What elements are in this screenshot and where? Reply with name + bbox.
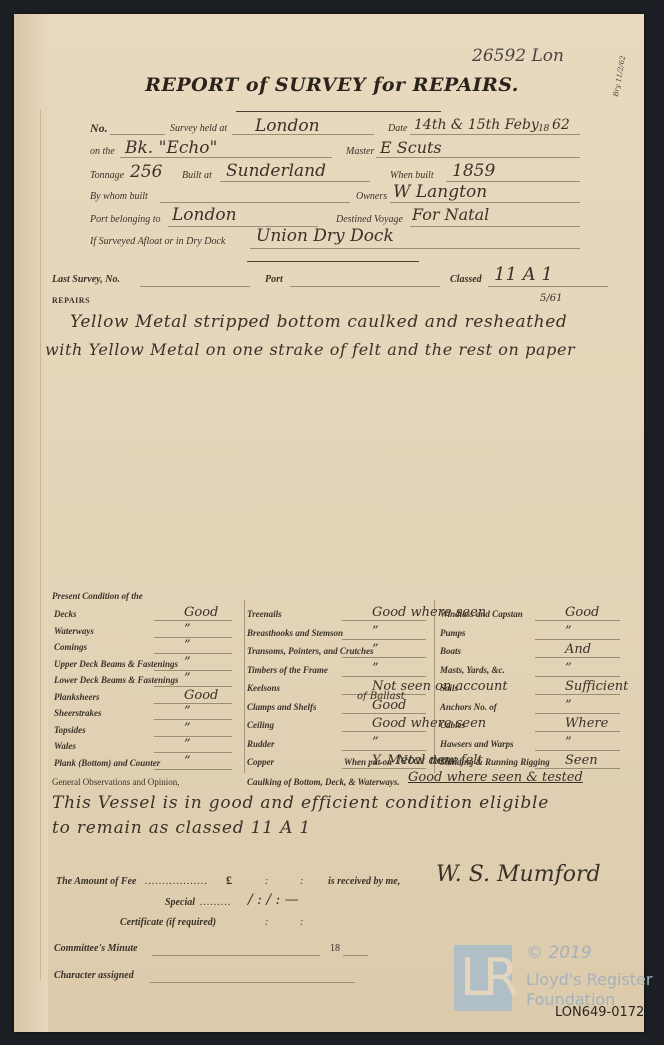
condition-label: Comings	[54, 642, 87, 652]
no-field-line	[110, 134, 165, 135]
owners-line	[390, 202, 580, 203]
condition-value: ”	[372, 624, 379, 639]
tonnage-label: Tonnage	[90, 170, 124, 181]
condition-value: ”	[184, 737, 191, 752]
condition-value: ”	[372, 735, 379, 750]
condition-label: Sails	[440, 683, 458, 693]
condition-line	[535, 731, 620, 732]
vessel-name-line	[120, 157, 332, 158]
committee-minute-label: Committee's Minute	[54, 943, 138, 954]
condition-line	[535, 694, 620, 695]
certificate-colon-2: :	[300, 917, 303, 928]
character-assigned-label: Character assigned	[54, 970, 134, 981]
special-label: Special	[165, 897, 195, 908]
condition-line	[342, 676, 426, 677]
dry-dock-label: If Surveyed Afloat or in Dry Dock	[90, 236, 225, 247]
margin-rule	[40, 110, 41, 980]
condition-label: Boats	[440, 646, 461, 656]
condition-label: Pumps	[440, 628, 466, 638]
condition-line	[535, 676, 620, 677]
condition-label: Sheerstrakes	[54, 708, 102, 718]
condition-label: Windlass and Capstan	[440, 609, 523, 619]
tonnage-value: 256	[130, 162, 162, 182]
caulking-label: Caulking of Bottom, Deck, & Waterways.	[247, 777, 400, 787]
owners-label: Owners	[356, 191, 387, 202]
condition-line	[154, 620, 232, 621]
master-label: Master	[346, 146, 374, 157]
port-belonging-value: London	[172, 205, 237, 225]
section-rule	[247, 261, 419, 262]
condition-line	[154, 703, 232, 704]
condition-line	[535, 768, 620, 769]
date-year-prefix: 18	[538, 122, 549, 134]
reference-code: LON649-0172	[555, 1005, 644, 1020]
condition-label: Plank (Bottom) and Counter	[54, 758, 160, 768]
archive-number-annotation: 26592 Lon	[472, 46, 564, 66]
condition-line	[535, 639, 620, 640]
last-survey-port-line	[290, 286, 440, 287]
condition-value: ”	[372, 642, 379, 657]
committee-year-prefix: 18	[330, 943, 340, 954]
condition-value: ”	[565, 624, 572, 639]
last-survey-no-line	[140, 286, 250, 287]
condition-line	[154, 653, 232, 654]
condition-value: ”	[184, 704, 191, 719]
condition-value: Sufficient	[565, 679, 628, 694]
condition-line	[342, 657, 426, 658]
condition-value: ”	[565, 698, 572, 713]
when-put-on-label: When put on	[344, 757, 392, 767]
master-value: E Scuts	[380, 138, 442, 157]
built-at-label: Built at	[182, 170, 212, 181]
title-rule	[236, 111, 441, 112]
condition-label: Decks	[54, 609, 77, 619]
condition-label: Breasthooks and Stemson	[247, 628, 343, 638]
fee-colon-2: :	[300, 876, 303, 887]
no-label: No.	[90, 121, 108, 136]
condition-value: ”	[565, 661, 572, 676]
condition-label: Waterways	[54, 626, 94, 636]
on-the-label: on the	[90, 146, 115, 157]
condition-value: Good	[184, 688, 218, 703]
condition-line	[342, 731, 426, 732]
survey-held-at-value: London	[255, 116, 320, 136]
condition-value: Where	[565, 716, 608, 731]
present-condition-heading: Present Condition of the	[52, 591, 143, 601]
condition-label: Upper Deck Beams & Fastenings	[54, 659, 178, 669]
owners-value: W Langton	[393, 182, 487, 202]
caulking-value: Good where seen & tested	[408, 770, 583, 785]
condition-value: ”	[184, 754, 191, 769]
condition-line	[154, 719, 232, 720]
special-dots: .........	[200, 897, 232, 908]
port-label: Port	[265, 274, 283, 285]
column-divider-1	[244, 600, 245, 773]
date-value: 14th & 15th Feby	[414, 117, 539, 133]
fee-colon-1: :	[265, 876, 268, 887]
condition-label: Keelsons	[247, 683, 280, 693]
condition-label: Treenails	[247, 609, 282, 619]
observation-line-2: to remain as classed 11 A 1	[52, 818, 311, 838]
condition-line	[342, 750, 426, 751]
condition-value: Good	[184, 605, 218, 620]
port-belonging-label: Port belonging to	[90, 214, 161, 225]
built-at-value: Sunderland	[226, 161, 326, 181]
last-survey-label: Last Survey, No.	[52, 274, 120, 285]
condition-line	[342, 768, 426, 769]
character-assigned-line	[150, 982, 355, 983]
condition-label: Topsides	[54, 725, 86, 735]
condition-label: Timbers of the Frame	[247, 665, 328, 675]
surveyor-signature: W. S. Mumford	[436, 862, 601, 887]
repairs-note: 5/61	[540, 293, 562, 304]
repairs-label: REPAIRS	[52, 296, 90, 305]
condition-line	[535, 713, 620, 714]
condition-value: ”	[184, 622, 191, 637]
condition-label: Ceiling	[247, 720, 274, 730]
watermark-org-line-1: Lloyd's Register	[526, 970, 652, 989]
special-value: / : / : —	[248, 892, 299, 908]
condition-line	[342, 620, 426, 621]
currency-symbol: £	[226, 873, 232, 888]
survey-held-at-label: Survey held at	[170, 123, 227, 134]
certificate-label: Certificate (if required)	[120, 917, 216, 928]
watermark-copyright: © 2019	[526, 943, 592, 963]
condition-value: ”	[184, 655, 191, 670]
condition-line	[342, 713, 426, 714]
condition-value: Good	[565, 605, 599, 620]
date-label: Date	[388, 123, 407, 134]
classed-label: Classed	[450, 274, 482, 285]
condition-extra-note: of Ballast	[357, 691, 405, 702]
condition-label: Cables	[440, 720, 465, 730]
lr-logo-icon: LR	[454, 945, 512, 1011]
master-line	[376, 157, 580, 158]
condition-label: Anchors No. of	[440, 702, 497, 712]
condition-line	[535, 620, 620, 621]
committee-year-line	[343, 955, 368, 956]
certificate-colon-1: :	[265, 917, 268, 928]
received-label: is received by me,	[328, 876, 400, 887]
condition-line	[535, 750, 620, 751]
condition-line	[154, 637, 232, 638]
condition-label: Masts, Yards, &c.	[440, 665, 505, 675]
condition-line	[154, 670, 232, 671]
observation-line-1: This Vessel is in good and efficient con…	[52, 793, 549, 813]
condition-value: ”	[184, 638, 191, 653]
condition-label: Copper	[247, 757, 274, 767]
condition-label: Rudder	[247, 739, 275, 749]
condition-line	[154, 736, 232, 737]
condition-value: Good where seen	[372, 716, 486, 731]
fee-dots: ..................	[145, 876, 208, 887]
condition-label: Transoms, Pointers, and Crutches	[247, 646, 373, 656]
when-built-label: When built	[390, 170, 434, 181]
condition-label: Standing & Running Rigging	[440, 757, 550, 767]
built-at-line	[220, 181, 370, 182]
by-whom-built-line	[160, 202, 350, 203]
condition-label: Planksheers	[54, 692, 100, 702]
date-line	[410, 134, 580, 135]
survey-held-at-line	[232, 134, 374, 135]
observations-label: General Observations and Opinion,	[52, 777, 179, 787]
committee-minute-line	[152, 955, 320, 956]
dry-dock-value: Union Dry Dock	[256, 226, 394, 246]
condition-value: ”	[565, 735, 572, 750]
condition-label: Hawsers and Warps	[440, 739, 514, 749]
repairs-line-1: Yellow Metal stripped bottom caulked and…	[70, 312, 567, 332]
condition-line	[154, 752, 232, 753]
condition-value: ”	[184, 721, 191, 736]
condition-label: Wales	[54, 741, 76, 751]
destined-voyage-value: For Natal	[412, 205, 489, 224]
condition-value: And	[565, 642, 591, 657]
page-title: REPORT of SURVEY for REPAIRS.	[0, 74, 664, 96]
when-built-value: 1859	[452, 161, 495, 181]
repairs-line-2: with Yellow Metal on one strake of felt …	[45, 340, 575, 359]
condition-line	[342, 639, 426, 640]
destined-voyage-label: Destined Voyage	[336, 214, 403, 225]
fee-label: The Amount of Fee	[56, 876, 136, 887]
condition-line	[154, 769, 232, 770]
vessel-name-value: Bk. "Echo"	[125, 138, 217, 158]
by-whom-built-label: By whom built	[90, 191, 148, 202]
dry-dock-line	[250, 248, 580, 249]
classed-line	[488, 286, 608, 287]
condition-label: Clamps and Shelfs	[247, 702, 317, 712]
condition-line	[535, 657, 620, 658]
date-year-suffix: 62	[552, 117, 570, 133]
condition-label: Lower Deck Beams & Fastenings	[54, 675, 179, 685]
condition-value: Seen	[565, 753, 598, 768]
condition-value: ”	[372, 661, 379, 676]
classed-value: 11 A 1	[494, 264, 553, 285]
destined-voyage-line	[410, 226, 580, 227]
condition-value: ”	[184, 671, 191, 686]
